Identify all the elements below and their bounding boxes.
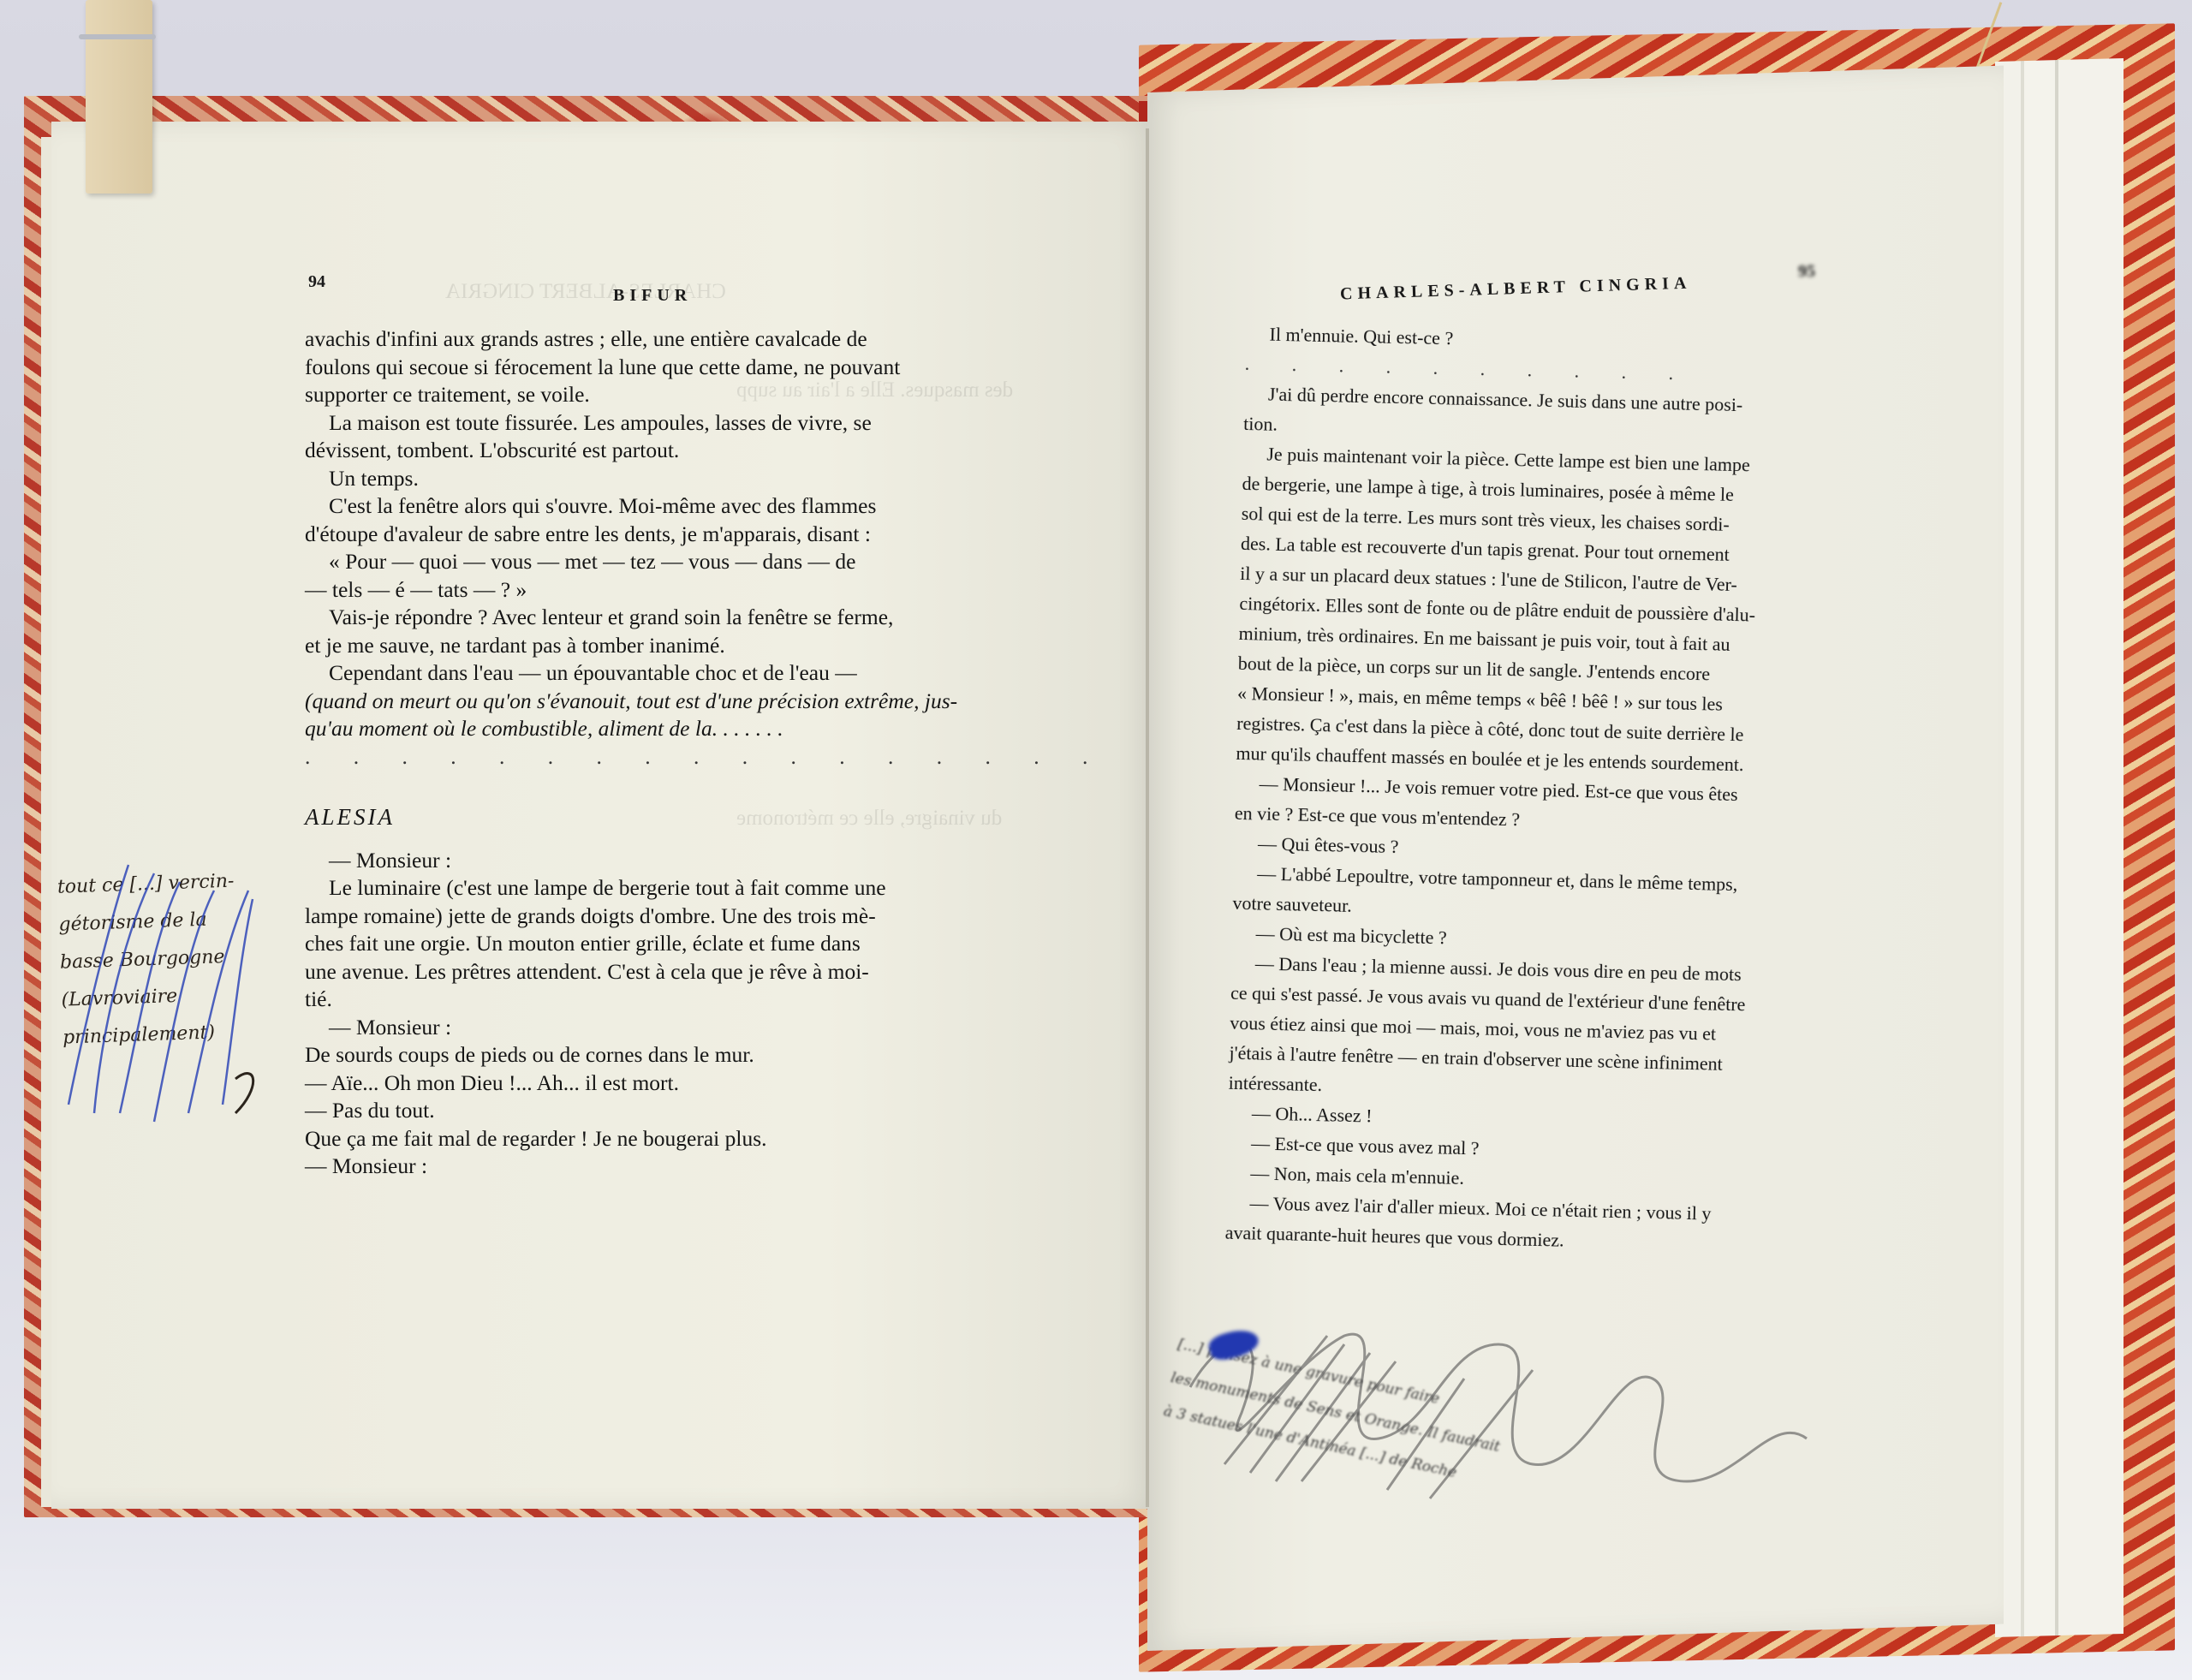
text-line: dévissent, tombent. L'obscurité est part… bbox=[305, 437, 1007, 465]
text-line: Que ça me fait mal de regarder ! Je ne b… bbox=[305, 1125, 1007, 1153]
text-line: supporter ce traitement, se voile. bbox=[305, 381, 1007, 409]
text-line: — Monsieur : bbox=[305, 1153, 1007, 1181]
section-title: ALESIA bbox=[305, 803, 1007, 831]
text-line: — Pas du tout. bbox=[305, 1097, 1007, 1125]
text-line: avachis d'infini aux grands astres ; ell… bbox=[305, 325, 1007, 354]
ellipsis-line: . . . . . . . . . . . . . . . . . bbox=[305, 743, 1007, 771]
text-line: « Pour — quoi — vous — met — tez — vous … bbox=[305, 548, 1007, 576]
left-page-body: avachis d'infini aux grands astres ; ell… bbox=[305, 325, 1007, 1181]
text-line: Un temps. bbox=[305, 465, 1007, 493]
text-line-italic: qu'au moment où le combustible, aliment … bbox=[305, 715, 1007, 743]
text-line: et je me sauve, ne tardant pas à tomber … bbox=[305, 632, 1007, 660]
text-line: C'est la fenêtre alors qui s'ouvre. Moi-… bbox=[305, 492, 1007, 521]
text-line: — Aïe... Oh mon Dieu !... Ah... il est m… bbox=[305, 1069, 1007, 1098]
pencil-scribble-strikethrough bbox=[1173, 1310, 1824, 1533]
text-line: une avenue. Les prêtres attendent. C'est… bbox=[305, 958, 1007, 986]
text-line: foulons qui secoue si férocement la lune… bbox=[305, 354, 1007, 382]
text-line-italic: (quand on meurt ou qu'on s'évanouit, tou… bbox=[305, 688, 1007, 716]
text-line: ches fait une orgie. Un mouton entier gr… bbox=[305, 930, 1007, 958]
text-line: — Monsieur : bbox=[305, 1014, 1007, 1042]
text-line: Cependant dans l'eau — un épouvantable c… bbox=[305, 659, 1007, 688]
text-line: d'étoupe d'avaleur de sabre entre les de… bbox=[305, 521, 1007, 549]
page-block-edges bbox=[1995, 58, 2123, 1637]
text-line: — tels — é — tats — ? » bbox=[305, 576, 1007, 605]
text-line: — Monsieur : bbox=[305, 847, 1007, 875]
text-line: La maison est toute fissurée. Les ampoul… bbox=[305, 409, 1007, 438]
text-line: lampe romaine) jette de grands doigts d'… bbox=[305, 903, 1007, 931]
page-number-left: 94 bbox=[308, 272, 325, 292]
right-page-body: Il m'ennuie. Qui est-ce ? . . . . . . . … bbox=[1224, 319, 1810, 1260]
text-line: Vais-je répondre ? Avec lenteur et grand… bbox=[305, 604, 1007, 632]
book-gutter bbox=[1146, 128, 1149, 1507]
text-line: Le luminaire (c'est une lampe de bergeri… bbox=[305, 874, 1007, 903]
text-line: tié. bbox=[305, 986, 1007, 1014]
blue-strikethrough-lines bbox=[51, 848, 308, 1139]
wooden-clothespin bbox=[86, 0, 152, 194]
running-head-left: BIFUR bbox=[613, 286, 692, 306]
page-number-right: 95 bbox=[1798, 262, 1815, 282]
text-line: De sourds coups de pieds ou de cornes da… bbox=[305, 1041, 1007, 1069]
clothespin-spring bbox=[79, 34, 156, 39]
